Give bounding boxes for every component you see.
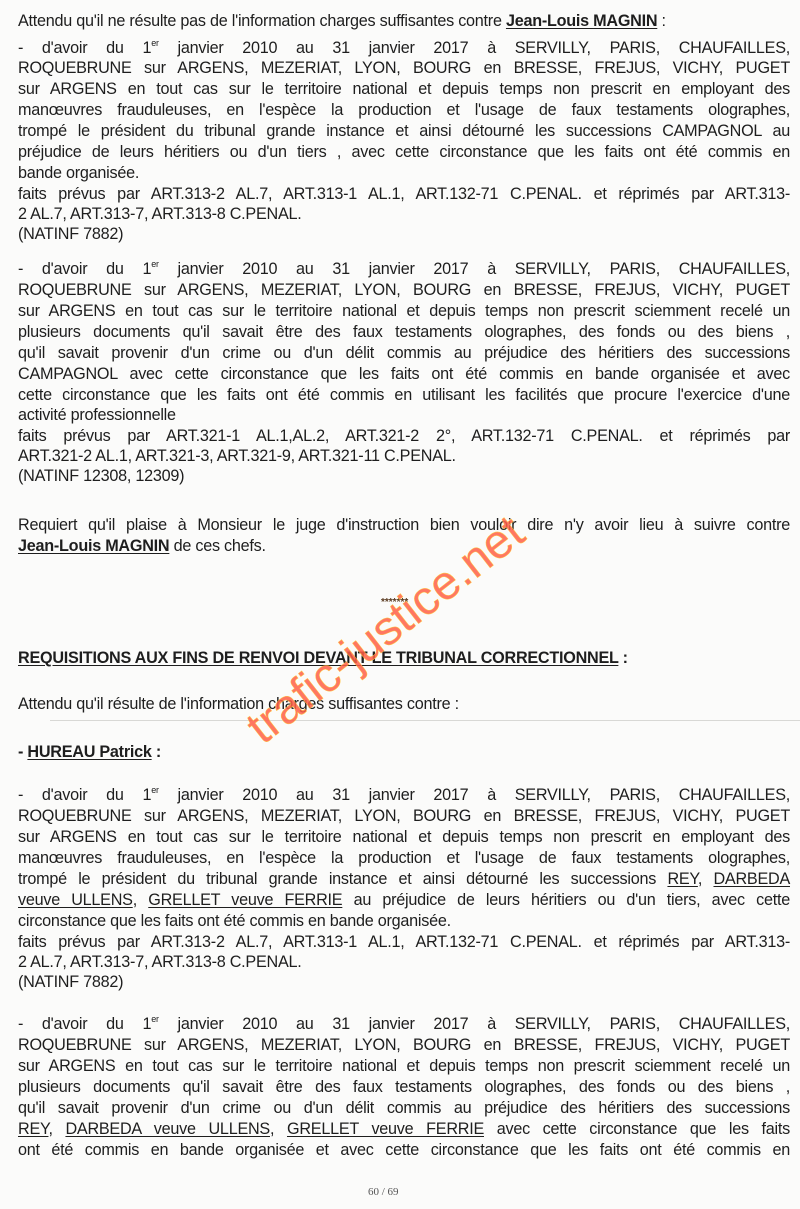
dash: - [18, 743, 27, 761]
superscript: er [151, 1014, 159, 1024]
text: avec cette circonstance que les faits [484, 1120, 790, 1138]
text: , [270, 1120, 287, 1138]
natinf-code: (NATINF 12308, 12309) [18, 466, 790, 486]
legal-articles-line: 2 AL.7, ART.313-7, ART.313-8 C.PENAL. [18, 952, 790, 972]
charge-line: sur ARGENS en tout cas sur le territoire… [18, 301, 790, 321]
section-heading-suffix: : [618, 649, 627, 667]
charge-line: activité professionnelle [18, 405, 790, 425]
section-heading-title: REQUISITIONS AUX FINS DE RENVOI DEVANT L… [18, 649, 618, 667]
text: janvier 2010 au 31 janvier 2017 à SERVIL… [159, 786, 790, 804]
section-heading: REQUISITIONS AUX FINS DE RENVOI DEVANT L… [18, 648, 790, 668]
legal-articles-line: 2 AL.7, ART.313-7, ART.313-8 C.PENAL. [18, 204, 790, 224]
defendant-heading: - HUREAU Patrick : [18, 742, 790, 762]
charge-line: qu'il savait provenir d'un crime ou d'un… [18, 1098, 790, 1118]
page-number: 60 / 69 [368, 1186, 399, 1198]
charge-line: - d'avoir du 1er janvier 2010 au 31 janv… [18, 785, 790, 805]
intro-paragraph-2: Attendu qu'il résulte de l'information c… [18, 694, 790, 714]
succession-darbeda: DARBEDA veuve ULLENS [65, 1120, 270, 1138]
text: - d'avoir du 1 [18, 1015, 151, 1033]
charge-line: cette circonstance que les faits ont été… [18, 385, 790, 405]
charge-line: CAMPAGNOL avec cette circonstance que le… [18, 364, 790, 384]
requiert-line: Requiert qu'il plaise à Monsieur le juge… [18, 515, 790, 535]
succession-grellet: GRELLET veuve FERRIE [148, 891, 342, 909]
text: au préjudice de leurs héritiers ou d'un … [342, 891, 790, 909]
succession-darbeda-cont: veuve ULLENS [18, 891, 133, 909]
text: - d'avoir du 1 [18, 260, 151, 278]
legal-articles-line: faits prévus par ART.313-2 AL.7, ART.313… [18, 184, 790, 204]
charge-line: ROQUEBRUNE sur ARGENS, MEZERIAT, LYON, B… [18, 1035, 790, 1055]
succession-grellet: GRELLET veuve FERRIE [287, 1120, 484, 1138]
charge-line: ROQUEBRUNE sur ARGENS, MEZERIAT, LYON, B… [18, 806, 790, 826]
natinf-code: (NATINF 7882) [18, 972, 790, 992]
charge-line: - d'avoir du 1er janvier 2010 au 31 janv… [18, 38, 790, 58]
colon: : [152, 743, 161, 761]
charge-line: - d'avoir du 1er janvier 2010 au 31 janv… [18, 1014, 790, 1034]
charge-line: trompé le président du tribunal grande i… [18, 121, 790, 141]
text: janvier 2010 au 31 janvier 2017 à SERVIL… [159, 1015, 790, 1033]
charge-line: manœuvres frauduleuses, en l'espèce la p… [18, 848, 790, 868]
superscript: er [151, 785, 159, 795]
charge-line: - d'avoir du 1er janvier 2010 au 31 janv… [18, 259, 790, 279]
charge-line: préjudice de leurs héritiers ou d'un tie… [18, 142, 790, 162]
charge-line: qu'il savait provenir d'un crime ou d'un… [18, 343, 790, 363]
charge-line: ont été commis en bande organisée et ave… [18, 1140, 790, 1160]
text: , [133, 891, 149, 909]
divider [50, 720, 800, 721]
requiert-suffix: de ces chefs. [169, 537, 265, 555]
natinf-code: (NATINF 7882) [18, 224, 790, 244]
charge-line: circonstance que les faits ont été commi… [18, 911, 790, 931]
charge-line: manœuvres frauduleuses, en l'espèce la p… [18, 100, 790, 120]
intro-text: Attendu qu'il ne résulte pas de l'inform… [18, 12, 506, 30]
charge-line: REY, DARBEDA veuve ULLENS, GRELLET veuve… [18, 1119, 790, 1139]
charge-line: trompé le président du tribunal grande i… [18, 869, 790, 889]
text: - d'avoir du 1 [18, 39, 151, 57]
succession-rey: REY [18, 1120, 48, 1138]
text: , [48, 1120, 65, 1138]
section-separator: ******* [381, 597, 408, 608]
text: janvier 2010 au 31 janvier 2017 à SERVIL… [159, 39, 790, 57]
succession-rey: REY [667, 870, 697, 888]
superscript: er [151, 38, 159, 48]
charge-line: plusieurs documents qu'il savait être de… [18, 322, 790, 342]
charge-line: ROQUEBRUNE sur ARGENS, MEZERIAT, LYON, B… [18, 280, 790, 300]
charge-line: bande organisée. [18, 163, 790, 183]
legal-articles-line: ART.321-2 AL.1, ART.321-3, ART.321-9, AR… [18, 446, 790, 466]
defendant-name-magnin: Jean-Louis MAGNIN [506, 12, 657, 30]
intro-paragraph: Attendu qu'il ne résulte pas de l'inform… [18, 11, 790, 31]
text: - d'avoir du 1 [18, 786, 151, 804]
succession-darbeda: DARBEDA [713, 870, 790, 888]
legal-articles-line: faits prévus par ART.313-2 AL.7, ART.313… [18, 932, 790, 952]
defendant-name-magnin: Jean-Louis MAGNIN [18, 537, 169, 555]
superscript: er [151, 259, 159, 269]
intro-suffix: : [657, 12, 666, 30]
text: , [698, 870, 714, 888]
charge-line: veuve ULLENS, GRELLET veuve FERRIE au pr… [18, 890, 790, 910]
charge-line: sur ARGENS en tout cas sur le territoire… [18, 827, 790, 847]
charge-line: sur ARGENS en tout cas sur le territoire… [18, 1056, 790, 1076]
text: janvier 2010 au 31 janvier 2017 à SERVIL… [159, 260, 790, 278]
text: trompé le président du tribunal grande i… [18, 870, 667, 888]
charge-line: ROQUEBRUNE sur ARGENS, MEZERIAT, LYON, B… [18, 58, 790, 78]
charge-line: sur ARGENS en tout cas sur le territoire… [18, 79, 790, 99]
defendant-name-hureau: HUREAU Patrick [27, 743, 151, 761]
legal-articles-line: faits prévus par ART.321-1 AL.1,AL.2, AR… [18, 426, 790, 446]
charge-line: plusieurs documents qu'il savait être de… [18, 1077, 790, 1097]
